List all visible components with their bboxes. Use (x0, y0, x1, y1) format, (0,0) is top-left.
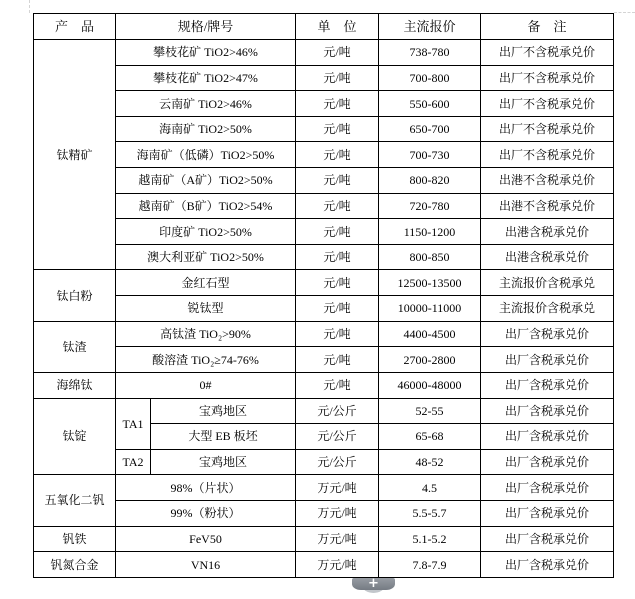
price-cell: 5.1-5.2 (379, 526, 481, 552)
spec-cell: 越南矿（B矿）TiO2>54% (116, 193, 296, 219)
unit-cell: 元/吨 (296, 65, 379, 91)
note-cell: 出厂含税承兑价 (481, 475, 614, 501)
product-cell: 钛白粉 (34, 270, 116, 321)
note-cell: 主流报价含税承兑 (481, 296, 614, 322)
header-price: 主流报价 (379, 14, 481, 40)
table-row: 印度矿 TiO2>50%元/吨1150-1200出港含税承兑价 (34, 219, 614, 245)
price-cell: 738-780 (379, 40, 481, 66)
price-cell: 800-820 (379, 168, 481, 194)
table-row: 锐钛型元/吨10000-11000主流报价含税承兑 (34, 296, 614, 322)
unit-cell: 元/吨 (296, 193, 379, 219)
spec-cell: 海南矿 TiO2>50% (116, 116, 296, 142)
spec-cell: 大型 EB 板坯 (151, 424, 296, 450)
note-cell: 出厂含税承兑价 (481, 372, 614, 398)
selection-marquee-vertical (29, 0, 30, 13)
note-cell: 出厂含税承兑价 (481, 500, 614, 526)
table-row: 云南矿 TiO2>46%元/吨550-600出厂不含税承兑价 (34, 91, 614, 117)
unit-cell: 元/吨 (296, 91, 379, 117)
note-cell: 出厂不含税承兑价 (481, 116, 614, 142)
unit-cell: 万元/吨 (296, 500, 379, 526)
spec-cell: 越南矿（A矿）TiO2>50% (116, 168, 296, 194)
spreadsheet-canvas: 产 品 规格/牌号 单 位 主流报价 备 注 钛精矿攀枝花矿 TiO2>46%元… (0, 0, 635, 599)
product-cell: 钛渣 (34, 321, 116, 372)
spec-cell: 锐钛型 (116, 296, 296, 322)
note-cell: 出厂含税承兑价 (481, 424, 614, 450)
unit-cell: 元/公斤 (296, 449, 379, 475)
table-row: TA2宝鸡地区元/公斤48-52出厂含税承兑价 (34, 449, 614, 475)
note-cell: 出厂含税承兑价 (481, 347, 614, 373)
unit-cell: 万元/吨 (296, 552, 379, 578)
table-row: 越南矿（B矿）TiO2>54%元/吨720-780出港不含税承兑价 (34, 193, 614, 219)
table-row: 越南矿（A矿）TiO2>50%元/吨800-820出港不含税承兑价 (34, 168, 614, 194)
unit-cell: 元/吨 (296, 270, 379, 296)
header-row: 产 品 规格/牌号 单 位 主流报价 备 注 (34, 14, 614, 40)
expand-toolbar-button[interactable]: + (352, 578, 395, 594)
note-cell: 出厂含税承兑价 (481, 449, 614, 475)
spec-cell: 澳大利亚矿 TiO2>50% (116, 244, 296, 270)
spec-cell: 金红石型 (116, 270, 296, 296)
unit-cell: 元/吨 (296, 347, 379, 373)
spec-cell: 0# (116, 372, 296, 398)
header-unit: 单 位 (296, 14, 379, 40)
table-row: 攀枝花矿 TiO2>47%元/吨700-800出厂不含税承兑价 (34, 65, 614, 91)
grade-cell: TA2 (116, 449, 151, 475)
table-row: 五氧化二钒98%（片状）万元/吨4.5出厂含税承兑价 (34, 475, 614, 501)
spec-cell: 宝鸡地区 (151, 398, 296, 424)
unit-cell: 元/吨 (296, 142, 379, 168)
unit-cell: 元/公斤 (296, 424, 379, 450)
price-cell: 65-68 (379, 424, 481, 450)
price-cell: 4400-4500 (379, 321, 481, 347)
table-row: 钛渣高钛渣 TiO₂>90%元/吨4400-4500出厂含税承兑价 (34, 321, 614, 347)
unit-cell: 元/公斤 (296, 398, 379, 424)
note-cell: 出厂含税承兑价 (481, 526, 614, 552)
note-cell: 主流报价含税承兑 (481, 270, 614, 296)
unit-cell: 元/吨 (296, 168, 379, 194)
spec-cell: 攀枝花矿 TiO2>46% (116, 40, 296, 66)
plus-icon: + (352, 577, 395, 591)
note-cell: 出厂不含税承兑价 (481, 40, 614, 66)
price-cell: 4.5 (379, 475, 481, 501)
table-row: 99%（粉状）万元/吨5.5-5.7出厂含税承兑价 (34, 500, 614, 526)
unit-cell: 元/吨 (296, 116, 379, 142)
price-cell: 46000-48000 (379, 372, 481, 398)
spec-cell: 云南矿 TiO2>46% (116, 91, 296, 117)
table-row: 海绵钛0#元/吨46000-48000出厂含税承兑价 (34, 372, 614, 398)
note-cell: 出厂不含税承兑价 (481, 142, 614, 168)
product-cell: 钛锭 (34, 398, 116, 475)
note-cell: 出厂含税承兑价 (481, 552, 614, 578)
note-cell: 出厂含税承兑价 (481, 321, 614, 347)
note-cell: 出港不含税承兑价 (481, 193, 614, 219)
product-cell: 钛精矿 (34, 40, 116, 270)
note-cell: 出港不含税承兑价 (481, 168, 614, 194)
unit-cell: 元/吨 (296, 40, 379, 66)
price-cell: 720-780 (379, 193, 481, 219)
table-row: 钛锭TA1宝鸡地区元/公斤52-55出厂含税承兑价 (34, 398, 614, 424)
header-note: 备 注 (481, 14, 614, 40)
table-row: 钒铁FeV50万元/吨5.1-5.2出厂含税承兑价 (34, 526, 614, 552)
spec-cell: 99%（粉状） (116, 500, 296, 526)
header-spec: 规格/牌号 (116, 14, 296, 40)
spec-cell: VN16 (116, 552, 296, 578)
product-cell: 钒氮合金 (34, 552, 116, 578)
note-cell: 出厂含税承兑价 (481, 398, 614, 424)
price-cell: 5.5-5.7 (379, 500, 481, 526)
table-row: 钛白粉金红石型元/吨12500-13500主流报价含税承兑 (34, 270, 614, 296)
spec-cell: 印度矿 TiO2>50% (116, 219, 296, 245)
unit-cell: 元/吨 (296, 219, 379, 245)
table-row: 澳大利亚矿 TiO2>50%元/吨800-850出港含税承兑价 (34, 244, 614, 270)
note-cell: 出港含税承兑价 (481, 244, 614, 270)
table-row: 海南矿（低磷）TiO2>50%元/吨700-730出厂不含税承兑价 (34, 142, 614, 168)
note-cell: 出港含税承兑价 (481, 219, 614, 245)
table-row: 海南矿 TiO2>50%元/吨650-700出厂不含税承兑价 (34, 116, 614, 142)
unit-cell: 元/吨 (296, 321, 379, 347)
header-product: 产 品 (34, 14, 116, 40)
spec-cell: 酸溶渣 TiO₂≥74-76% (116, 347, 296, 373)
product-cell: 海绵钛 (34, 372, 116, 398)
price-cell: 700-730 (379, 142, 481, 168)
product-cell: 钒铁 (34, 526, 116, 552)
price-cell: 7.8-7.9 (379, 552, 481, 578)
selection-marquee-horizontal (614, 12, 635, 13)
spec-cell: 海南矿（低磷）TiO2>50% (116, 142, 296, 168)
price-cell: 650-700 (379, 116, 481, 142)
spec-cell: 98%（片状） (116, 475, 296, 501)
price-cell: 2700-2800 (379, 347, 481, 373)
price-cell: 52-55 (379, 398, 481, 424)
price-table: 产 品 规格/牌号 单 位 主流报价 备 注 钛精矿攀枝花矿 TiO2>46%元… (33, 13, 614, 578)
table-row: 酸溶渣 TiO₂≥74-76%元/吨2700-2800出厂含税承兑价 (34, 347, 614, 373)
unit-cell: 元/吨 (296, 372, 379, 398)
price-cell: 1150-1200 (379, 219, 481, 245)
price-cell: 700-800 (379, 65, 481, 91)
spec-cell: 宝鸡地区 (151, 449, 296, 475)
spec-cell: 攀枝花矿 TiO2>47% (116, 65, 296, 91)
spec-cell: FeV50 (116, 526, 296, 552)
unit-cell: 万元/吨 (296, 526, 379, 552)
spec-cell: 高钛渣 TiO₂>90% (116, 321, 296, 347)
unit-cell: 万元/吨 (296, 475, 379, 501)
table-row: 钛精矿攀枝花矿 TiO2>46%元/吨738-780出厂不含税承兑价 (34, 40, 614, 66)
grade-cell: TA1 (116, 398, 151, 449)
price-cell: 12500-13500 (379, 270, 481, 296)
price-cell: 48-52 (379, 449, 481, 475)
unit-cell: 元/吨 (296, 244, 379, 270)
note-cell: 出厂不含税承兑价 (481, 91, 614, 117)
unit-cell: 元/吨 (296, 296, 379, 322)
note-cell: 出厂不含税承兑价 (481, 65, 614, 91)
price-cell: 800-850 (379, 244, 481, 270)
price-cell: 10000-11000 (379, 296, 481, 322)
price-cell: 550-600 (379, 91, 481, 117)
table-row: 钒氮合金VN16万元/吨7.8-7.9出厂含税承兑价 (34, 552, 614, 578)
product-cell: 五氧化二钒 (34, 475, 116, 526)
